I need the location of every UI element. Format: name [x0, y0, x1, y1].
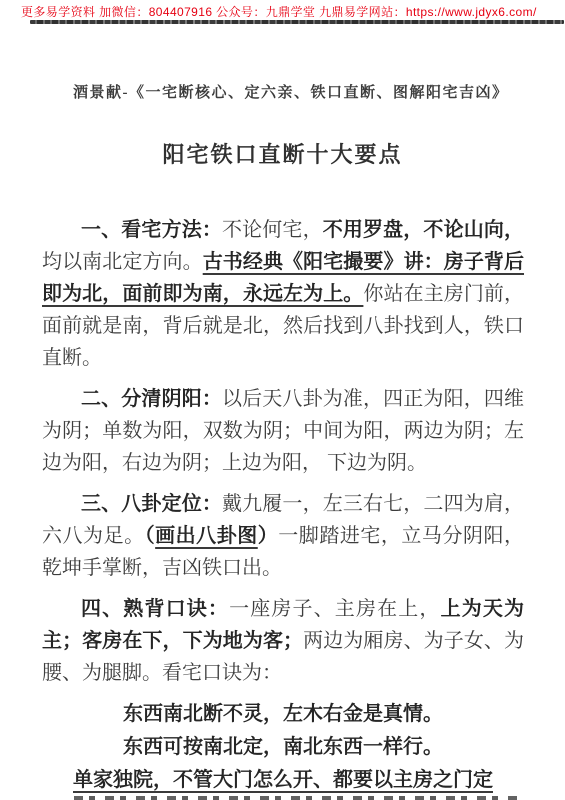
text-run: 不论何宅，	[222, 219, 323, 241]
document-title: 阳宅铁口直断十大要点	[0, 142, 565, 168]
text-run: 一座房子、主房在上，	[229, 598, 441, 620]
paragraph: 四、熟背口诀：一座房子、主房在上，上为天为主；客房在下，下为地为客；两边为厢房、…	[42, 593, 524, 689]
promo-text: 更多易学资料 加微信：804407916 公众号：九鼎学堂 九鼎易学网站：htt…	[21, 5, 537, 19]
promo-header: 更多易学资料 加微信：804407916 公众号：九鼎学堂 九鼎易学网站：htt…	[21, 4, 561, 20]
document-source-line: 酒景献-《一宅断核心、定六亲、铁口直断、图解阳宅吉凶》	[73, 84, 545, 102]
paragraph: 三、八卦定位：戴九履一，左三右七，二四为肩，六八为足。（画出八卦图）一脚踏进宅，…	[42, 488, 524, 584]
document-body: 一、看宅方法：不论何宅，不用罗盘，不论山向，均以南北定方向。古书经典《阳宅撮要》…	[42, 214, 524, 796]
text-run: 画出八卦图	[155, 525, 258, 547]
document-page: 更多易学资料 加微信：804407916 公众号：九鼎学堂 九鼎易学网站：htt…	[0, 0, 565, 800]
text-run: ）	[258, 525, 279, 547]
text-run: 三、八卦定位：	[81, 493, 222, 515]
verse-line: 东西可按南北定，南北东西一样行。	[42, 731, 524, 763]
text-run: 二、分清阴阳：	[81, 388, 222, 410]
verse-line: 单家独院，不管大门怎么开、都要以主房之门定	[42, 764, 524, 796]
text-run: 一、看宅方法：	[81, 219, 222, 241]
scan-artifact-bar	[30, 20, 564, 24]
paragraph: 二、分清阴阳：以后天八卦为准，四正为阳，四维为阴；单数为阳，双数为阴；中间为阳，…	[42, 383, 524, 479]
verse-line: 东西南北断不灵，左木右金是真情。	[42, 698, 524, 730]
text-run: 不用罗盘，不论山向，	[323, 219, 524, 241]
text-run: （	[145, 525, 156, 547]
text-run: 均以南北定方向。	[42, 251, 203, 273]
clipped-next-line	[74, 796, 521, 800]
paragraph: 一、看宅方法：不论何宅，不用罗盘，不论山向，均以南北定方向。古书经典《阳宅撮要》…	[42, 214, 524, 374]
text-run: 四、熟背口诀：	[81, 598, 229, 620]
